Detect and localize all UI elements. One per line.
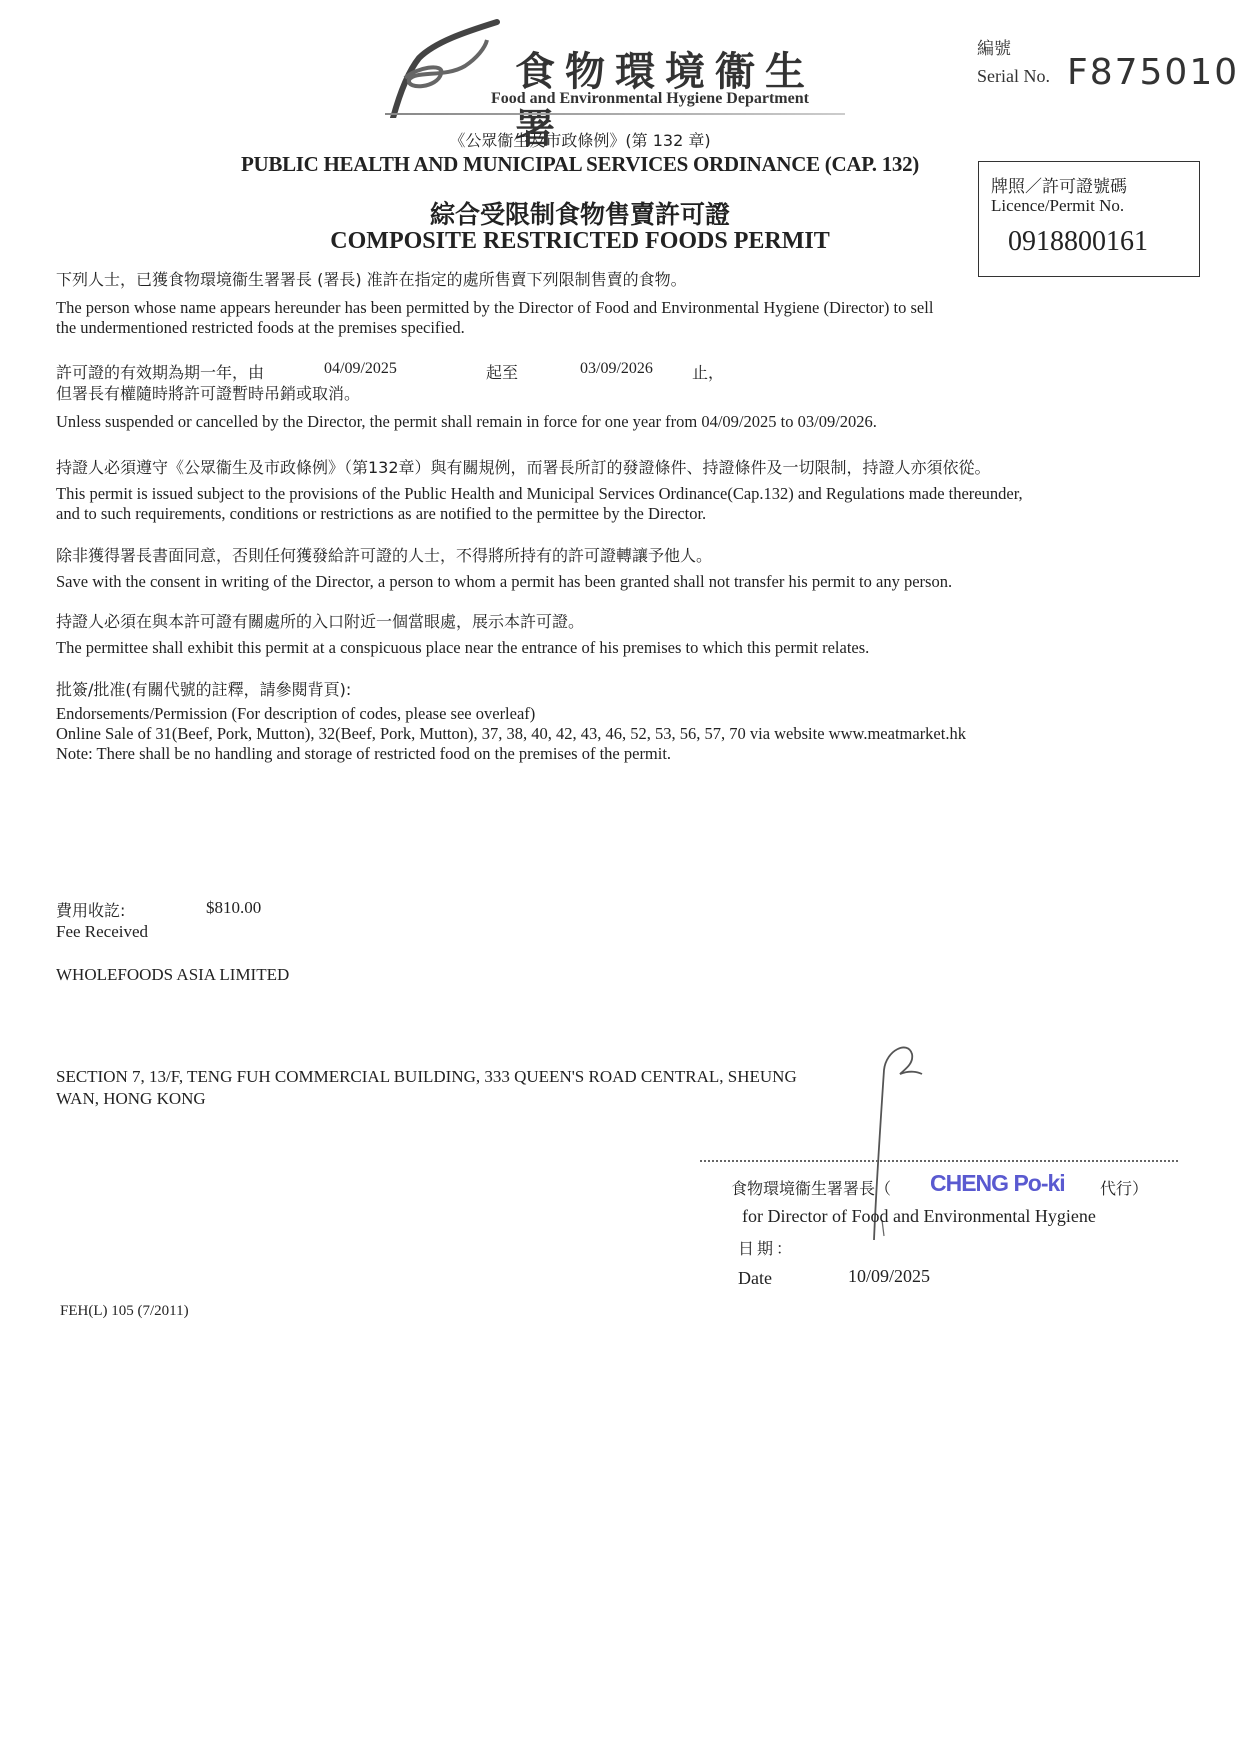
validity-zh-mid: 起至 (486, 360, 518, 383)
department-name-en: Food and Environmental Hygiene Departmen… (491, 90, 809, 108)
permittee-name: WHOLEFOODS ASIA LIMITED (56, 965, 289, 985)
form-code: FEH(L) 105 (7/2011) (60, 1303, 189, 1320)
permit-number-box: 牌照／許可證號碼 Licence/Permit No. 0918800161 (978, 161, 1200, 277)
signatory-title-zh-prefix: 食物環境衞生署署長（ (731, 1176, 891, 1199)
endorsements-label-zh: 批簽/批准(有關代號的註釋，請參閱背頁): (56, 680, 351, 699)
serial-number: F875010 (1067, 52, 1239, 93)
address-line2: WAN, HONG KONG (56, 1088, 856, 1110)
validity-zh-line2: 但署長有權隨時將許可證暫時吊銷或取消。 (56, 384, 360, 403)
issue-date: 10/09/2025 (848, 1266, 930, 1287)
department-logo: 食物環境衞生署 Food and Environmental Hygiene D… (385, 18, 855, 118)
intro-zh: 下列人士，已獲食物環境衞生署署長 (署長) 准許在指定的處所售賣下列限制售賣的食… (56, 270, 687, 289)
ordinance-zh: 《公眾衞生及市政條例》(第 132 章) (0, 128, 1080, 151)
signatory-title-en: for Director of Food and Environmental H… (742, 1206, 1096, 1227)
endorsements-label-en: Endorsements/Permission (For description… (56, 704, 535, 723)
permit-number: 0918800161 (1008, 226, 1148, 258)
fee-label-zh: 費用收訖: (56, 898, 125, 921)
transfer-en: Save with the consent in writing of the … (56, 572, 952, 591)
validity-zh-prefix: 許可證的有效期為期一年，由 (56, 360, 264, 383)
exhibit-en: The permittee shall exhibit this permit … (56, 638, 869, 657)
header-divider (385, 113, 845, 115)
permit-label-en: Licence/Permit No. (991, 196, 1124, 216)
conditions-en-line1: This permit is issued subject to the pro… (56, 484, 1023, 503)
conditions-zh: 持證人必須遵守《公眾衞生及市政條例》（第132章）與有關規例，而署長所訂的發證條… (56, 458, 991, 477)
permit-label-zh: 牌照／許可證號碼 (991, 172, 1127, 197)
validity-zh-suffix: 止， (692, 360, 724, 383)
conditions-en-line2: and to such requirements, conditions or … (56, 504, 706, 523)
fee-amount: $810.00 (206, 898, 261, 918)
exhibit-zh: 持證人必須在與本許可證有關處所的入口附近一個當眼處，展示本許可證。 (56, 612, 584, 631)
serial-label-zh: 編號 (977, 34, 1011, 59)
signatory-title-zh-suffix: 代行） (1100, 1176, 1148, 1199)
serial-label-en: Serial No. (977, 66, 1050, 87)
fehd-logo-icon (385, 18, 505, 118)
date-label-zh: 日期： (738, 1236, 795, 1259)
ordinance-en: PUBLIC HEALTH AND MUNICIPAL SERVICES ORD… (0, 152, 1080, 177)
transfer-zh: 除非獲得署長書面同意，否則任何獲發給許可證的人士，不得將所持有的許可證轉讓予他人… (56, 546, 712, 565)
validity-en: Unless suspended or cancelled by the Dir… (56, 412, 877, 431)
address-line1: SECTION 7, 13/F, TENG FUH COMMERCIAL BUI… (56, 1066, 856, 1088)
date-label-en: Date (738, 1268, 772, 1289)
intro-en-line2: the undermentioned restricted foods at t… (56, 318, 465, 337)
signature-line (700, 1160, 1178, 1162)
document-title-en: COMPOSITE RESTRICTED FOODS PERMIT (0, 228, 1080, 255)
premises-address: SECTION 7, 13/F, TENG FUH COMMERCIAL BUI… (56, 1066, 856, 1110)
intro-en-line1: The person whose name appears hereunder … (56, 298, 933, 317)
endorsements-note: Note: There shall be no handling and sto… (56, 744, 671, 763)
fee-label-en: Fee Received (56, 922, 148, 942)
validity-to-date: 03/09/2026 (580, 360, 653, 378)
endorsements-codes: Online Sale of 31(Beef, Pork, Mutton), 3… (56, 724, 966, 743)
signatory-name-stamp: CHENG Po-ki (930, 1170, 1065, 1197)
document-title-zh: 綜合受限制食物售賣許可證 (0, 195, 1080, 231)
validity-from-date: 04/09/2025 (324, 360, 397, 378)
